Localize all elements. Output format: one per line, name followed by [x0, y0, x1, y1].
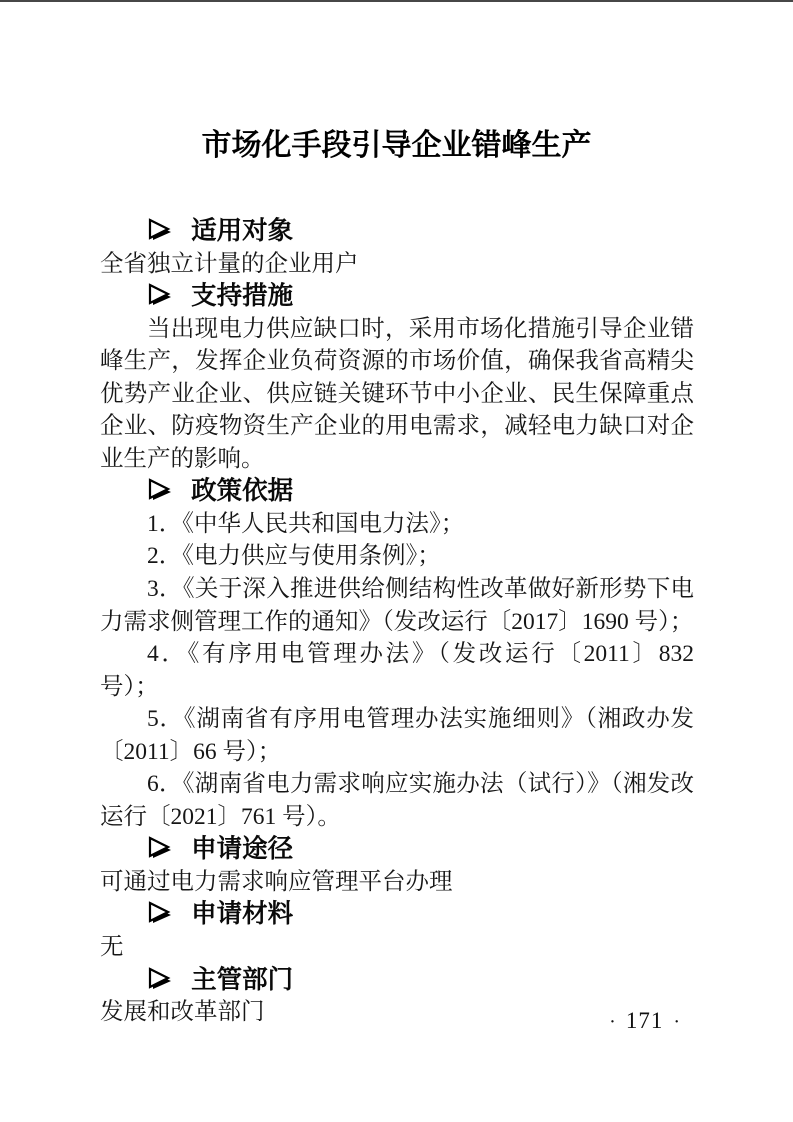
section-heading: 申请途径: [100, 833, 694, 866]
document-body: 适用对象 全省独立计量的企业用户 支持措施 当出现电力供应缺口时，采用市场化措施…: [100, 215, 694, 1029]
section-heading-text: 主管部门: [191, 966, 293, 994]
document-section-2: 政策依据 1．《中华人民共和国电力法》；2．《电力供应与使用条例》；3．《关于深…: [100, 475, 694, 833]
document-section-1: 支持措施 当出现电力供应缺口时，采用市场化措施引导企业错峰生产，发挥企业负荷资源…: [100, 280, 694, 475]
paragraph: 6．《湖南省电力需求响应实施办法（试行）》（湘发改运行〔2021〕761 号）。: [100, 768, 694, 833]
document-section-0: 适用对象 全省独立计量的企业用户: [100, 215, 694, 280]
section-heading: 主管部门: [100, 964, 694, 997]
scan-top-edge-line: [0, 0, 793, 2]
paragraph: 5．《湖南省有序用电管理办法实施细则》（湘政办发〔2011〕66 号）；: [100, 703, 694, 768]
arrow-bullet-icon: [148, 966, 172, 990]
arrow-bullet-icon: [148, 217, 172, 241]
paragraph: 3．《关于深入推进供给侧结构性改革做好新形势下电力需求侧管理工作的通知》（发改运…: [100, 573, 694, 638]
section-heading-text: 政策依据: [191, 477, 293, 505]
footer-left-dot: ·: [609, 1011, 616, 1033]
section-heading-text: 支持措施: [191, 282, 293, 310]
section-heading: 政策依据: [100, 475, 694, 508]
section-heading: 申请材料: [100, 898, 694, 931]
footer-right-dot: ·: [673, 1011, 680, 1033]
page-footer: ·171·: [599, 1007, 690, 1036]
section-heading: 适用对象: [100, 215, 694, 248]
page-number: 171: [626, 1008, 664, 1033]
section-heading: 支持措施: [100, 280, 694, 313]
arrow-bullet-icon: [148, 900, 172, 924]
paragraph: 1．《中华人民共和国电力法》；: [100, 508, 694, 541]
section-heading-text: 申请途径: [191, 835, 293, 863]
document-page: 市场化手段引导企业错峰生产 适用对象 全省独立计量的企业用户 支持措施 当出现电…: [0, 0, 793, 1122]
paragraph: 无: [100, 931, 694, 964]
arrow-bullet-icon: [148, 282, 172, 306]
paragraph: 全省独立计量的企业用户: [100, 248, 694, 281]
page-title: 市场化手段引导企业错峰生产: [0, 0, 793, 165]
paragraph: 当出现电力供应缺口时，采用市场化措施引导企业错峰生产，发挥企业负荷资源的市场价值…: [100, 313, 694, 476]
paragraph: 2．《电力供应与使用条例》；: [100, 540, 694, 573]
section-heading-text: 适用对象: [191, 217, 293, 245]
document-section-4: 申请材料 无: [100, 898, 694, 963]
section-heading-text: 申请材料: [191, 900, 293, 928]
paragraph: 可通过电力需求响应管理平台办理: [100, 866, 694, 899]
paragraph: 4．《有序用电管理办法》（发改运行〔2011〕832 号）；: [100, 638, 694, 703]
document-section-3: 申请途径 可通过电力需求响应管理平台办理: [100, 833, 694, 898]
arrow-bullet-icon: [148, 835, 172, 859]
arrow-bullet-icon: [148, 477, 172, 501]
